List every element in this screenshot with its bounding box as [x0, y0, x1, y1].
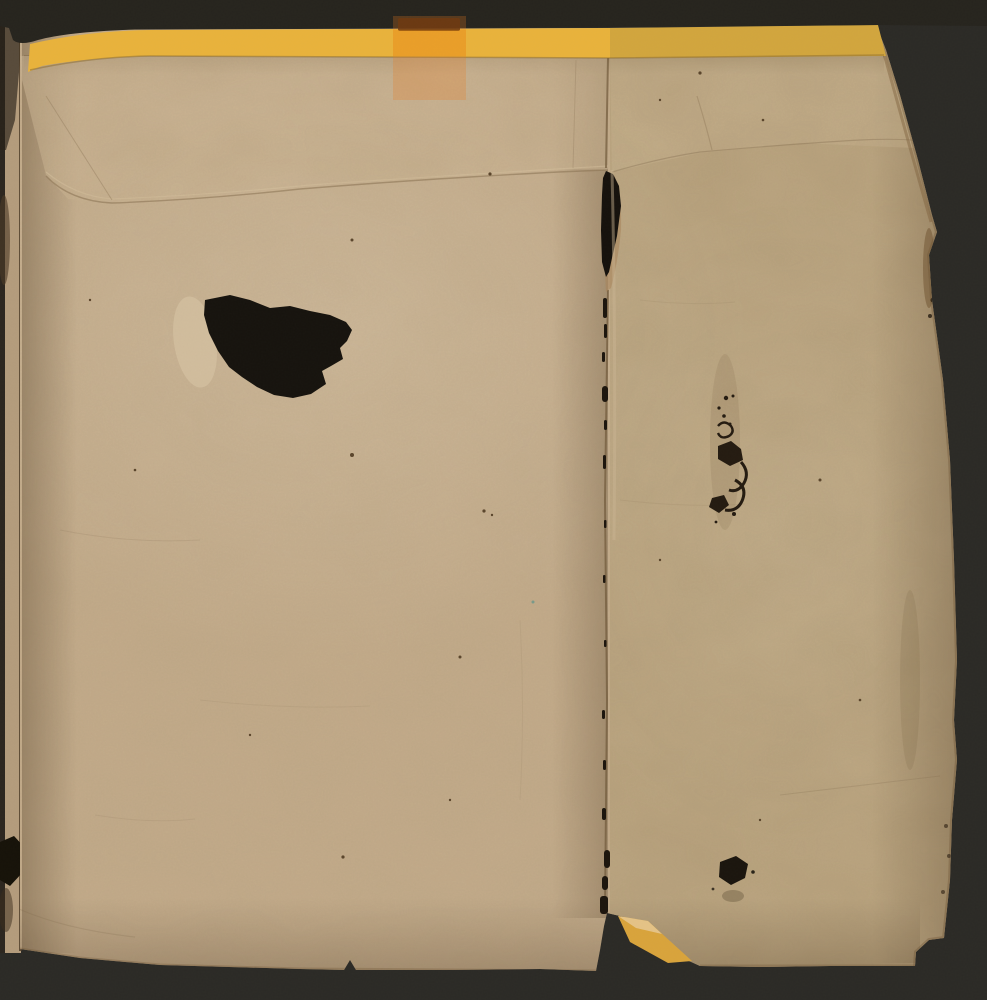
scan-noise-overlay	[0, 0, 987, 1000]
book-page-scan-canvas	[0, 0, 987, 1000]
scanned-page-image	[0, 0, 987, 1000]
